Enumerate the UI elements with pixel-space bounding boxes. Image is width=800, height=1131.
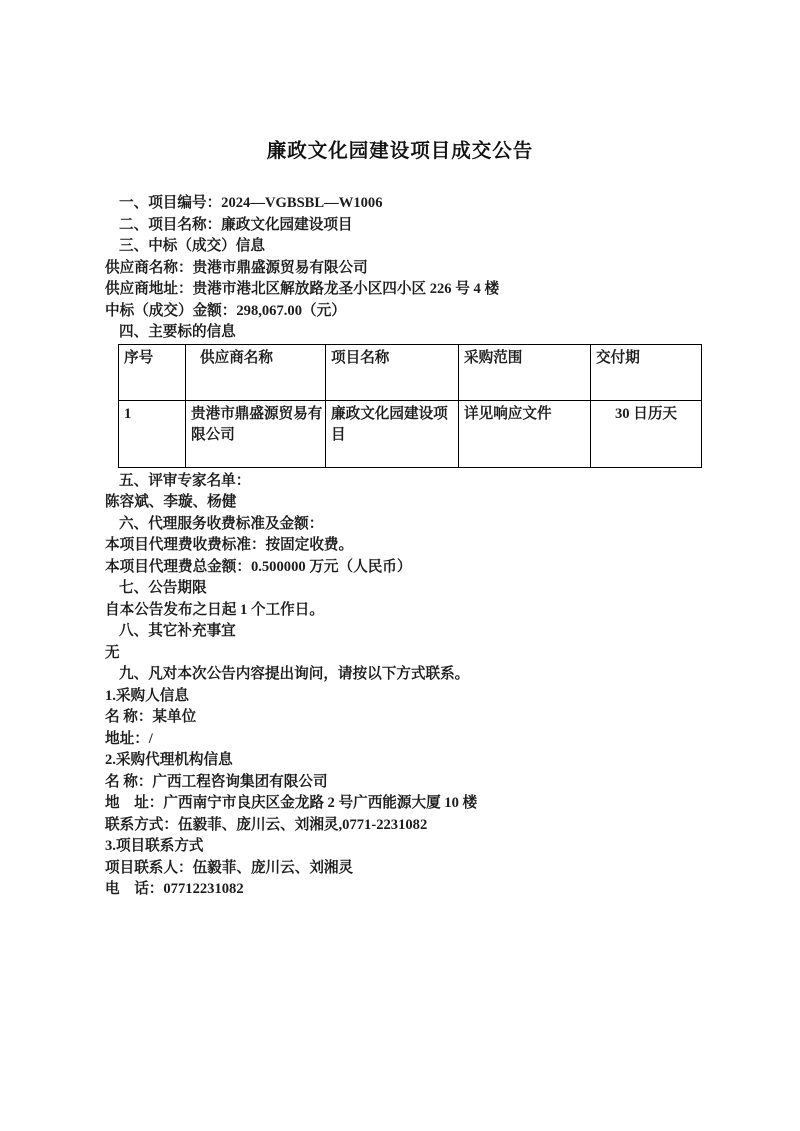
heading-agency-info: 2.采购代理机构信息 [105,750,695,772]
table-row: 1 贵港市鼎盛源贸易有限公司 廉政文化园建设项目 详见响应文件 30 日历天 [119,400,702,467]
page-title: 廉政文化园建设项目成交公告 [105,138,695,165]
heading-purchaser-info: 1.采购人信息 [105,686,695,708]
cell-index: 1 [119,400,186,467]
line-agency-fee-total: 本项目代理费总金额：0.500000 万元（人民币） [105,557,695,579]
line-purchaser-name: 名 称：某单位 [105,707,695,729]
line-expert-names: 陈容斌、李璇、杨健 [105,492,695,514]
document-page: 廉政文化园建设项目成交公告 一、项目编号：2024—VGBSBL—W1006 二… [0,0,800,1131]
heading-project-contact: 3.项目联系方式 [105,836,695,858]
table-header-row: 序号 供应商名称 项目名称 采购范围 交付期 [119,344,702,400]
line-project-number: 一、项目编号：2024—VGBSBL—W1006 [105,193,695,215]
header-project: 项目名称 [326,344,459,400]
cell-supplier: 贵港市鼎盛源贸易有限公司 [186,400,326,467]
line-other-matters-none: 无 [105,643,695,665]
heading-expert-list: 五、评审专家名单： [105,471,695,493]
heading-other-matters: 八、其它补充事宜 [105,621,695,643]
line-project-name: 二、项目名称：廉政文化园建设项目 [105,215,695,237]
heading-announcement-period: 七、公告期限 [105,578,695,600]
header-index: 序号 [119,344,186,400]
cell-project: 廉政文化园建设项目 [326,400,459,467]
line-agency-address: 地 址：广西南宁市良庆区金龙路 2 号广西能源大厦 10 楼 [105,793,695,815]
line-project-phone: 电 话：07712231082 [105,879,695,901]
line-supplier-name: 供应商名称：贵港市鼎盛源贸易有限公司 [105,258,695,280]
line-supplier-address: 供应商地址：贵港市港北区解放路龙圣小区四小区 226 号 4 楼 [105,279,695,301]
header-supplier: 供应商名称 [186,344,326,400]
document-content: 廉政文化园建设项目成交公告 一、项目编号：2024—VGBSBL—W1006 二… [0,0,800,901]
heading-agency-fee: 六、代理服务收费标准及金额： [105,514,695,536]
line-announcement-period: 自本公告发布之日起 1 个工作日。 [105,600,695,622]
main-subject-table: 序号 供应商名称 项目名称 采购范围 交付期 1 贵港市鼎盛源贸易有限公司 廉政… [118,344,702,468]
heading-award-info: 三、中标（成交）信息 [105,236,695,258]
cell-scope: 详见响应文件 [459,400,591,467]
line-agency-fee-standard: 本项目代理费收费标准：按固定收费。 [105,535,695,557]
line-award-amount: 中标（成交）金额：298,067.00（元） [105,301,695,323]
heading-contact-intro: 九、凡对本次公告内容提出询问，请按以下方式联系。 [105,664,695,686]
line-agency-contact: 联系方式：伍毅菲、庞川云、刘湘灵,0771-2231082 [105,815,695,837]
heading-main-subject: 四、主要标的信息 [105,322,695,344]
cell-delivery: 30 日历天 [591,400,702,467]
line-project-contact-person: 项目联系人：伍毅菲、庞川云、刘湘灵 [105,858,695,880]
line-purchaser-address: 地址：/ [105,729,695,751]
header-delivery: 交付期 [591,344,702,400]
line-agency-name: 名 称：广西工程咨询集团有限公司 [105,772,695,794]
header-scope: 采购范围 [459,344,591,400]
